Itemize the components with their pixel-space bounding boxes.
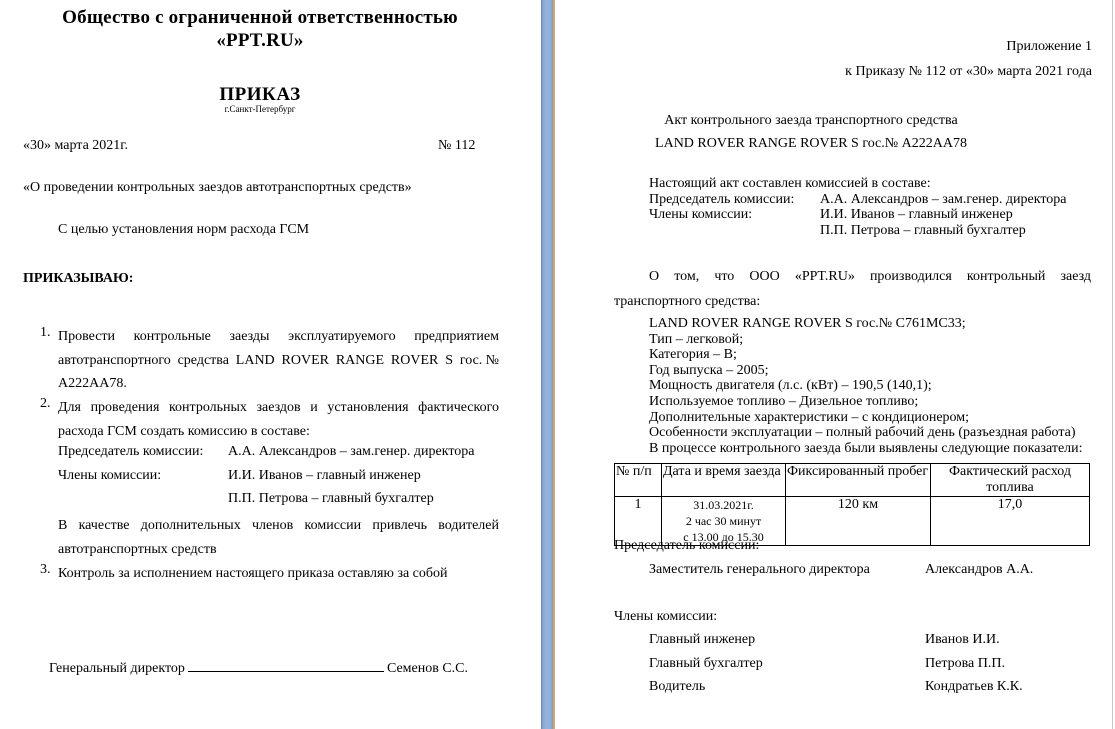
vehicle-detail: LAND ROVER RANGE ROVER S гос.№ С761МС33; [649,316,1083,332]
cell-fuel: 17,0 [931,497,1090,546]
additional-members: В качестве дополнительных членов комисси… [58,514,499,561]
order-item-1: Провести контрольные заезды эксплуатируе… [58,325,499,396]
sig-member-position: Водитель [649,679,705,695]
organization-name: Общество с ограниченной ответственностью… [0,6,520,52]
vehicle-detail: В процессе контрольного заезда были выяв… [649,441,1083,457]
cell-mileage: 120 км [786,497,931,546]
order-item-3: Контроль за исполнением настоящего прика… [58,562,499,586]
sig-member-position: Главный бухгалтер [649,656,763,672]
sig-member-name: Кондратьев К.К. [925,679,1023,695]
item-number: 1. [40,325,51,341]
order-page: Общество с ограниченной ответственностью… [0,0,541,729]
vehicle-detail: Особенности эксплуатации – полный рабочи… [649,425,1083,441]
vehicle-detail: Используемое топливо – Дизельное топливо… [649,394,1083,410]
document-title: ПРИКАЗ [0,84,520,106]
org-name-line1: Общество с ограниченной ответственностью [0,6,520,29]
table-header-row: № п/п Дата и время заезда Фиксированный … [615,464,1090,497]
sig-member-name: Петрова П.П. [925,656,1005,672]
act-title: Акт контрольного заезда транспортного ср… [554,113,1068,129]
item-line: расхода ГСМ создать комиссию в составе: [58,420,499,444]
header-cell-mileage: Фиксированный пробег [786,464,931,497]
cell-date-line: 31.03.2021г. [663,497,784,513]
order-directive: ПРИКАЗЫВАЮ: [23,271,133,287]
sig-chair-position: Заместитель генерального директора [649,562,870,578]
header-cell-number: № п/п [615,464,662,497]
cell-date-line: 2 час 30 минут [663,513,784,529]
act-member-1: И.И. Иванов – главный инженер [820,207,1013,223]
item-line: Провести контрольные заезды эксплуатируе… [58,325,499,349]
vehicle-detail: Тип – легковой; [649,332,1083,348]
act-intro: Настоящий акт составлен комиссией в сост… [649,176,931,192]
header-cell-fuel: Фактический расход топлива [931,464,1090,497]
sig-chair-name: Александров А.А. [925,562,1033,578]
header-cell-datetime: Дата и время заезда [662,464,786,497]
item-number: 3. [40,562,51,578]
sig-member-name: Иванов И.И. [925,632,1000,648]
act-members-label: Члены комиссии: [649,207,752,223]
signature-name: Семенов С.С. [387,661,468,676]
order-item-2: Для проведения контрольных заездов и уст… [58,396,499,443]
act-statement-line1: О том, что ООО «PPT.RU» производился кон… [649,269,1091,285]
page-divider-edge [553,0,555,729]
order-purpose: С целью установления норм расхода ГСМ [58,222,309,238]
act-chair-label: Председатель комиссии: [649,192,794,208]
page-divider [541,0,553,729]
page-right-border [1112,0,1113,729]
item-line: Для проведения контрольных заездов и уст… [58,396,499,420]
act-statement-line2: транспортного средства: [614,294,760,310]
members-label: Члены комиссии: [58,468,161,484]
item-line: автотранспортного средства LAND ROVER RA… [58,349,499,373]
act-vehicle: LAND ROVER RANGE ROVER S гос.№ А222АА78 [554,136,1068,152]
order-date: «30» марта 2021г. [23,138,128,154]
appendix-reference: к Приказу № 112 от «30» марта 2021 года [845,64,1092,80]
chair-label: Председатель комиссии: [58,444,203,460]
act-chair-value: А.А. Александров – зам.генер. директора [820,192,1066,208]
director-signature: Генеральный директорСеменов С.С. [49,657,468,677]
item-line: Контроль за исполнением настоящего прика… [58,562,499,586]
order-number: № 112 [438,138,475,154]
item-number: 2. [40,396,51,412]
item-line: А222АА78. [58,372,499,396]
vehicle-detail: Мощность двигателя (л.с. (кВт) – 190,5 (… [649,378,1083,394]
order-subject: «О проведении контрольных заездов автотр… [23,180,412,196]
results-table: № п/п Дата и время заезда Фиксированный … [614,463,1090,546]
item-line: В качестве дополнительных членов комисси… [58,514,499,538]
org-name-line2: «PPT.RU» [0,29,520,52]
vehicle-detail: Дополнительные характеристики – с кондиц… [649,410,1083,426]
appendix-label: Приложение 1 [1006,39,1092,55]
member-2: П.П. Петрова – главный бухгалтер [228,491,434,507]
signature-line [188,657,384,672]
sig-member-position: Главный инженер [649,632,755,648]
item-line: автотранспортных средств [58,538,499,562]
vehicle-details: LAND ROVER RANGE ROVER S гос.№ С761МС33;… [649,316,1083,456]
signature-position: Генеральный директор [49,661,185,676]
sig-members-label: Члены комиссии: [614,609,717,625]
sig-chair-label: Председатель комиссии: [614,538,759,554]
city: г.Санкт-Петербург [0,104,520,114]
member-1: И.И. Иванов – главный инженер [228,468,421,484]
chair-value: А.А. Александров – зам.генер. директора [228,444,474,460]
vehicle-detail: Год выпуска – 2005; [649,363,1083,379]
act-member-2: П.П. Петрова – главный бухгалтер [820,223,1026,239]
vehicle-detail: Категория – В; [649,347,1083,363]
